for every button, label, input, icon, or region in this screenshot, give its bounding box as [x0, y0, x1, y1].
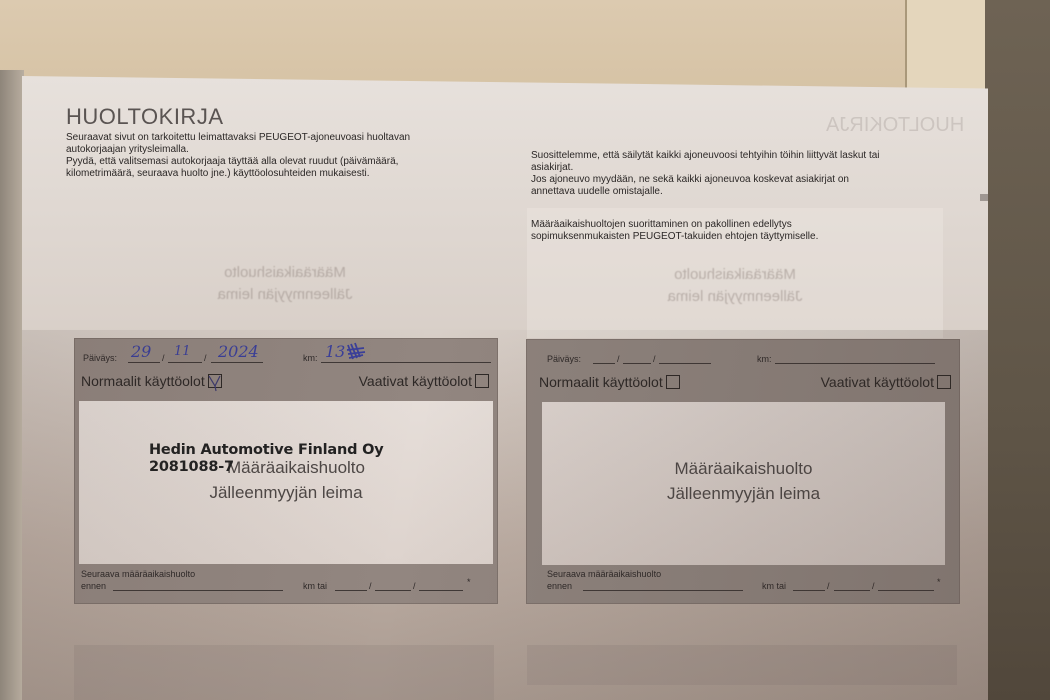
stamp-label-line2: Jälleenmyyjän leima: [79, 480, 493, 505]
date-separator: /: [653, 354, 656, 364]
date-label: Päiväys:: [547, 354, 581, 364]
date-km-row: Päiväys: / / km:: [535, 352, 951, 366]
note-line: Määräaikaishuoltojen suorittaminen on pa…: [531, 219, 951, 231]
date-label: Päiväys:: [83, 353, 117, 363]
km-or-label: km tai: [762, 581, 786, 591]
dealer-stamp-area: Määräaikaishuolto Jälleenmyyjän leima He…: [79, 401, 493, 564]
next-service-km-field[interactable]: [583, 581, 743, 591]
dealer-name: Hedin Automotive Finland Oy: [149, 442, 384, 459]
stamp-label: Määräaikaishuolto Jälleenmyyjän leima: [542, 456, 945, 506]
next-date-month-field[interactable]: [834, 581, 870, 591]
background-paper: [905, 0, 985, 90]
next-date-month-field[interactable]: [375, 581, 411, 591]
date-month-field[interactable]: [623, 354, 651, 364]
handwritten-year: 2024: [218, 342, 259, 361]
handwritten-month: 11: [174, 344, 191, 359]
next-date-year-field[interactable]: [419, 581, 463, 591]
page-marker: [980, 194, 988, 201]
intro-line: Jos ajoneuvo myydään, ne sekä kaikki ajo…: [531, 174, 961, 186]
bleed-through-title: HUOLTOKIRJA: [826, 114, 964, 137]
background-dark-edge: [985, 0, 1050, 700]
bleed-through-stamp-right: Määräaikaishuolto Jälleenmyyjän leima: [620, 264, 850, 308]
check-mark-icon: [208, 374, 222, 392]
severe-conditions-checkbox[interactable]: [475, 374, 489, 388]
ink-scribble-icon: [345, 341, 367, 363]
severe-conditions-checkbox[interactable]: [937, 375, 951, 389]
right-intro-text: Suosittelemme, että säilytät kaikki ajon…: [531, 150, 961, 198]
page-title: HUOLTOKIRJA: [66, 104, 224, 130]
date-separator: /: [872, 581, 875, 591]
normal-conditions-label: Normaalit käyttöolot: [539, 374, 663, 390]
next-service-row: Seuraava määräaikaishuolto ennen km tai …: [81, 569, 489, 599]
next-service-row: Seuraava määräaikaishuolto ennen km tai …: [547, 569, 951, 599]
date-day-field[interactable]: [593, 354, 615, 364]
date-year-field[interactable]: [659, 354, 711, 364]
next-service-label: Seuraava määräaikaishuolto: [81, 569, 195, 579]
background-surface: [0, 0, 1050, 90]
date-separator: /: [204, 353, 207, 363]
intro-line: autokorjaajan yritysleimalla.: [66, 144, 506, 156]
date-separator: /: [413, 581, 416, 591]
left-intro-text: Seuraavat sivut on tarkoitettu leimattav…: [66, 132, 506, 180]
intro-line: Suosittelemme, että säilytät kaikki ajon…: [531, 150, 961, 162]
date-separator: /: [369, 581, 372, 591]
ghost-line: Jälleenmyyjän leima: [620, 286, 850, 308]
date-separator: /: [162, 353, 165, 363]
next-service-km-field[interactable]: [113, 581, 283, 591]
normal-conditions-checkbox[interactable]: [208, 374, 222, 388]
note-line: sopimuksenmukaisten PEUGEOT-takuiden eht…: [531, 231, 951, 243]
intro-line: kilometrimäärä, seuraava huolto jne.) kä…: [66, 168, 506, 180]
next-service-label: Seuraava määräaikaishuolto: [547, 569, 661, 579]
intro-line: asiakirjat.: [531, 162, 961, 174]
km-label: km:: [757, 354, 772, 364]
footnote-asterisk: *: [937, 577, 941, 587]
usage-conditions-row: Normaalit käyttöolot Vaativat käyttöolot: [539, 374, 951, 392]
normal-conditions-label: Normaalit käyttöolot: [81, 373, 205, 389]
service-record-card-2: Päiväys: / / km: Normaalit käyttöolot Va…: [526, 339, 960, 604]
next-date-year-field[interactable]: [878, 581, 934, 591]
intro-line: Pyydä, että valitsemasi autokorjaaja täy…: [66, 156, 506, 168]
next-date-day-field[interactable]: [793, 581, 825, 591]
footnote-asterisk: *: [467, 577, 471, 587]
ghost-line: Määräaikaishuolto: [170, 262, 400, 284]
severe-conditions-label: Vaativat käyttöolot: [359, 373, 472, 389]
km-label: km:: [303, 353, 318, 363]
normal-conditions-checkbox[interactable]: [666, 375, 680, 389]
bleed-through-block: [527, 645, 957, 685]
date-separator: /: [827, 581, 830, 591]
intro-line: Seuraavat sivut on tarkoitettu leimattav…: [66, 132, 506, 144]
book-spine: [0, 70, 24, 700]
ghost-line: Määräaikaishuolto: [620, 264, 850, 286]
km-or-label: km tai: [303, 581, 327, 591]
before-label: ennen: [547, 581, 572, 591]
date-km-row: Päiväys: / / km: 29 11 2024 13: [83, 351, 489, 365]
dealer-business-id: 2081088-7: [149, 459, 384, 476]
handwritten-km: 13: [325, 342, 345, 361]
ghost-line: Jälleenmyyjän leima: [170, 284, 400, 306]
intro-line: annettava uudelle omistajalle.: [531, 186, 961, 198]
date-separator: /: [617, 354, 620, 364]
dealer-stamp: Hedin Automotive Finland Oy 2081088-7: [149, 442, 384, 476]
severe-conditions-group: Vaativat käyttöolot: [821, 374, 951, 390]
dealer-stamp-area: Määräaikaishuolto Jälleenmyyjän leima: [542, 402, 945, 565]
stamp-label-line1: Määräaikaishuolto: [542, 456, 945, 481]
bleed-through-block: [74, 645, 494, 700]
severe-conditions-group: Vaativat käyttöolot: [359, 373, 489, 389]
warranty-note: Määräaikaishuoltojen suorittaminen on pa…: [531, 219, 951, 243]
next-date-day-field[interactable]: [335, 581, 367, 591]
service-record-card-1: Päiväys: / / km: 29 11 2024 13 Normaalit…: [74, 338, 498, 604]
usage-conditions-row: Normaalit käyttöolot Vaativat käyttöolot: [81, 373, 489, 391]
severe-conditions-label: Vaativat käyttöolot: [821, 374, 934, 390]
bleed-through-stamp-left: Määräaikaishuolto Jälleenmyyjän leima: [170, 262, 400, 306]
handwritten-day: 29: [131, 342, 151, 361]
before-label: ennen: [81, 581, 106, 591]
stamp-label-line2: Jälleenmyyjän leima: [542, 481, 945, 506]
km-field[interactable]: [775, 354, 935, 364]
